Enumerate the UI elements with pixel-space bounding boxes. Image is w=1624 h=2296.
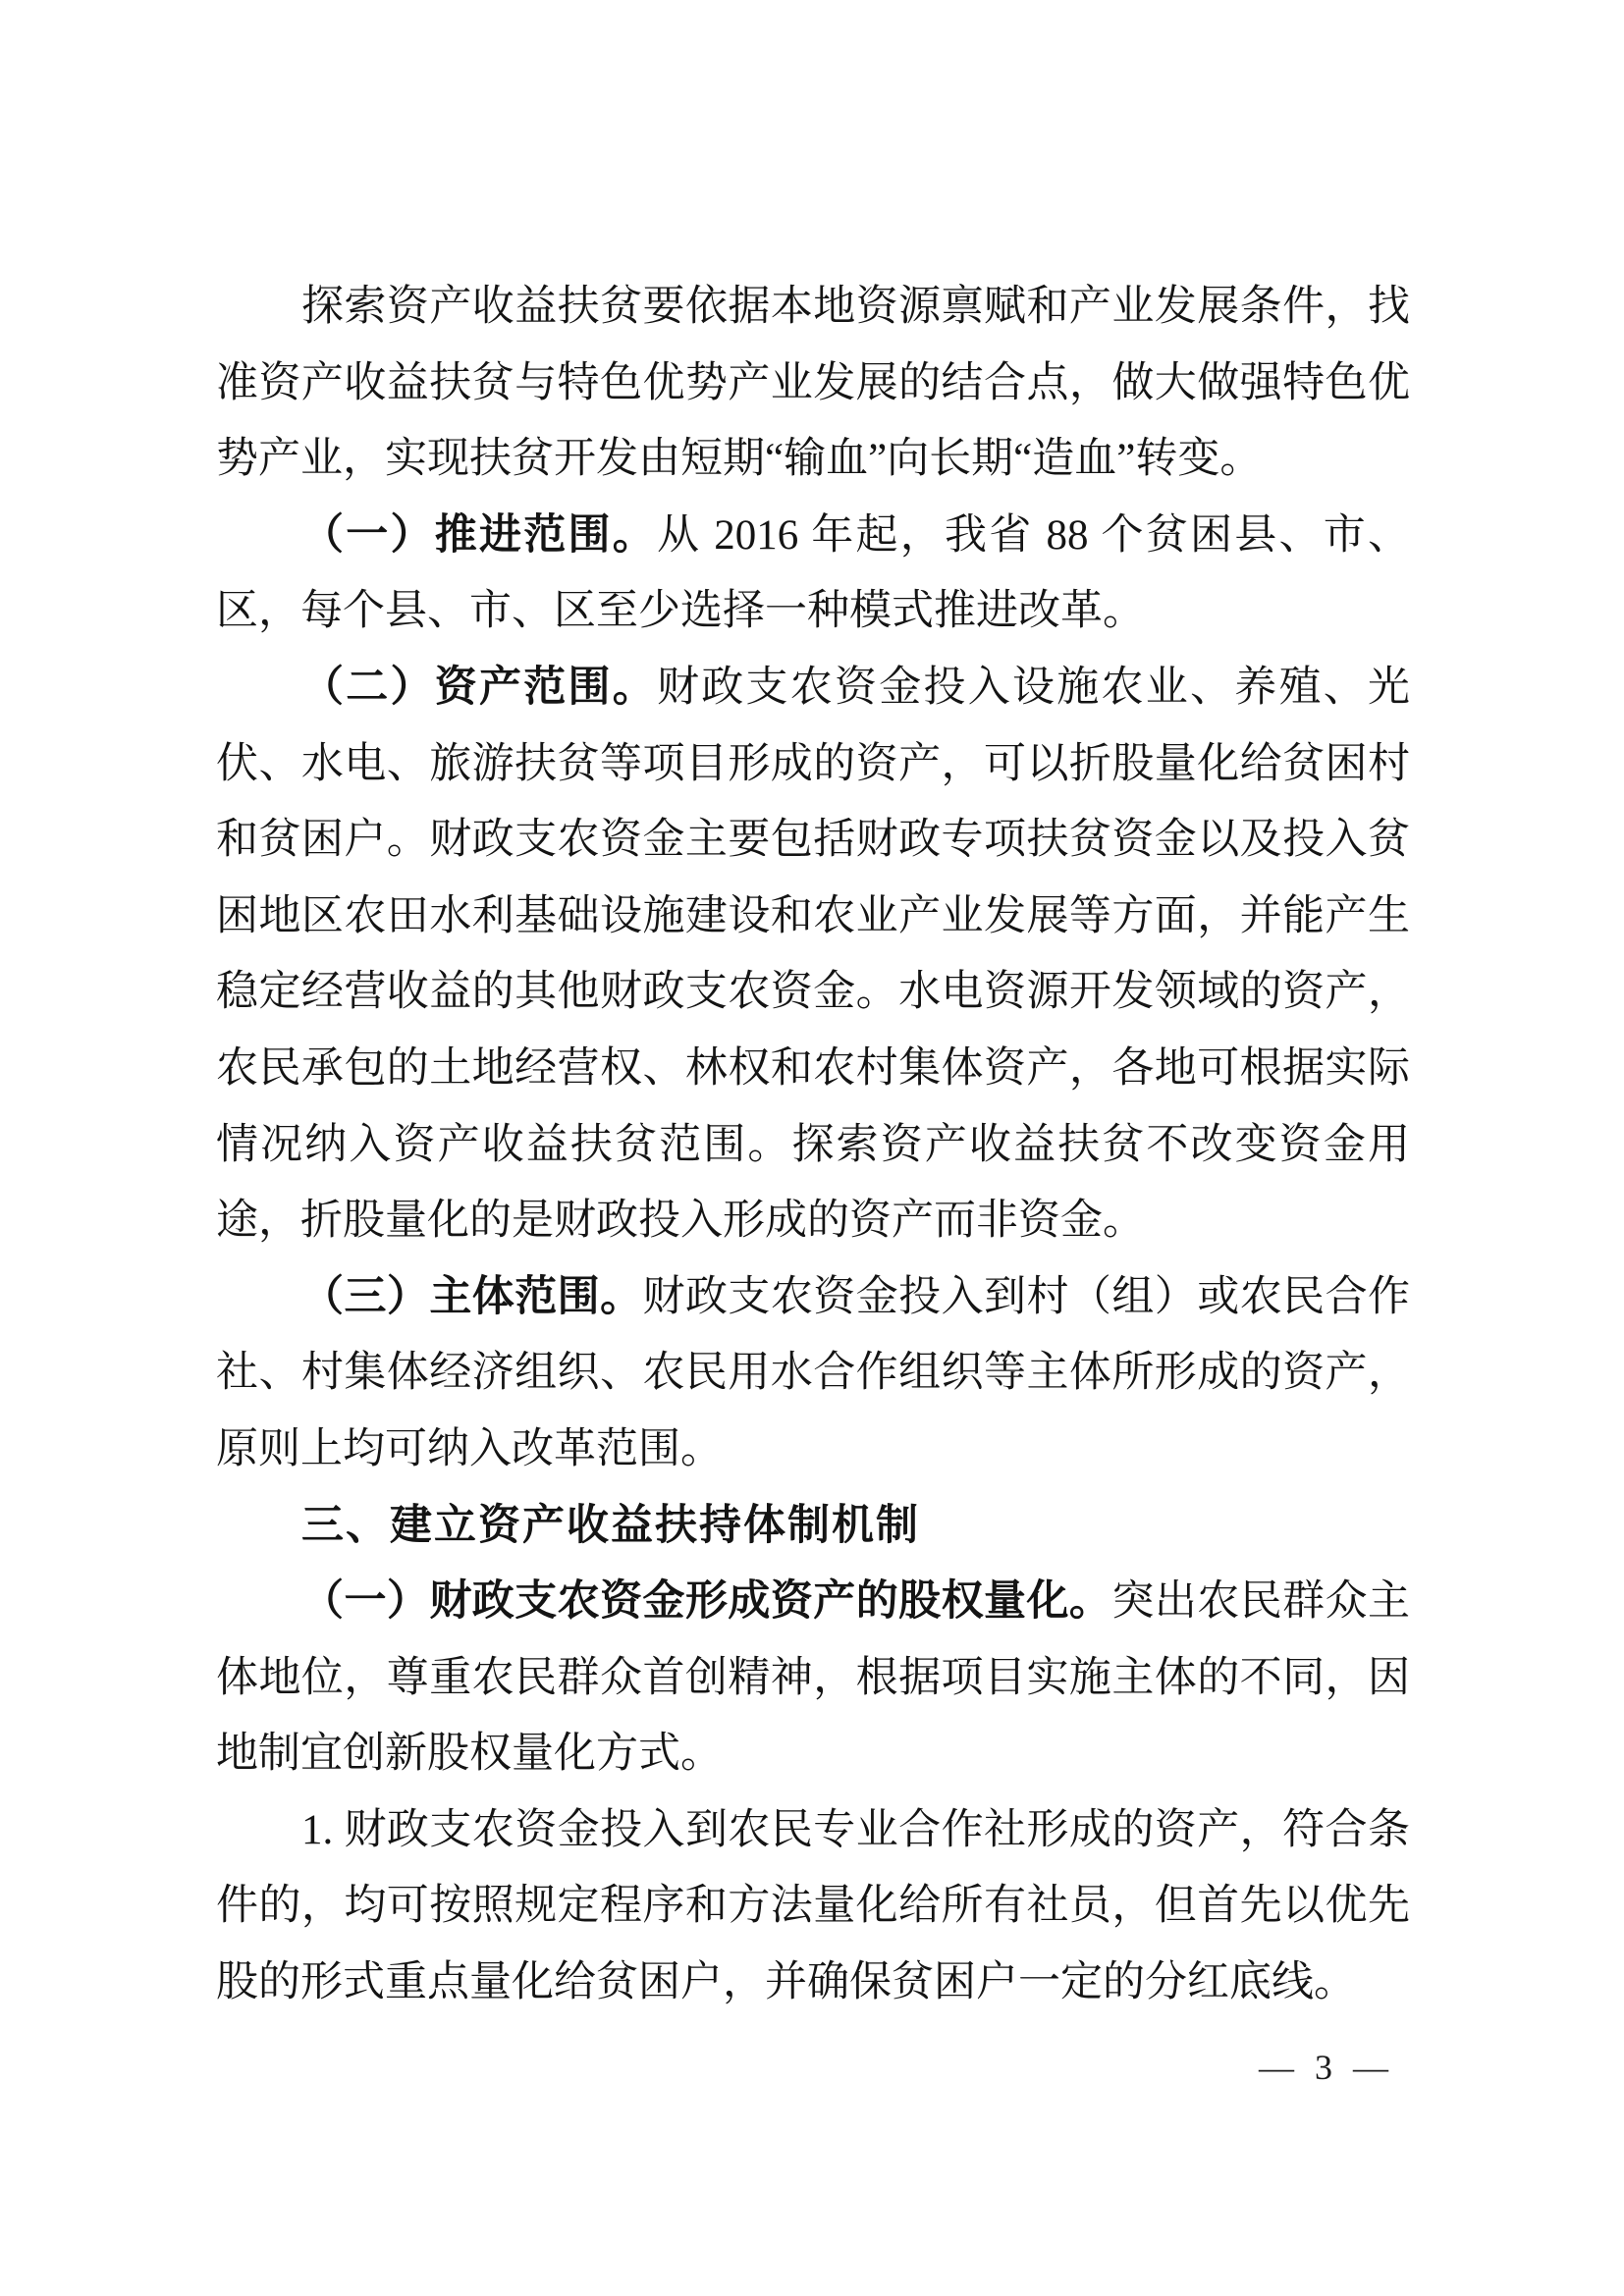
paragraph-text: 财政支农资金投入设施农业、养殖、光伏、水电、旅游扶贫等项目形成的资产，可以折股量…	[216, 665, 1410, 1244]
paragraph-lead: （一）推进范围。	[301, 512, 657, 559]
paragraph-scope-promotion: （一）推进范围。从 2016 年起，我省 88 个贫困县、市、区，每个县、市、区…	[216, 498, 1410, 650]
paragraph-item-1: 1. 财政支农资金投入到农民专业合作社形成的资产，符合条件的，均可按照规定程序和…	[216, 1792, 1410, 2021]
paragraph-intro: 探索资产收益扶贫要依据本地资源禀赋和产业发展条件，找准资产收益扶贫与特色优势产业…	[216, 269, 1410, 498]
paragraph-text: 1. 财政支农资金投入到农民专业合作社形成的资产，符合条件的，均可按照规定程序和…	[216, 1807, 1410, 2005]
paragraph-equity-quantification: （一）财政支农资金形成资产的股权量化。突出农民群众主体地位，尊重农民群众首创精神…	[216, 1564, 1410, 1792]
paragraph-lead: （二）资产范围。	[301, 665, 657, 711]
paragraph-scope-entities: （三）主体范围。财政支农资金投入到村（组）或农民合作社、村集体经济组织、农民用水…	[216, 1259, 1410, 1488]
document-body: 探索资产收益扶贫要依据本地资源禀赋和产业发展条件，找准资产收益扶贫与特色优势产业…	[216, 269, 1410, 2021]
paragraph-lead: （三）主体范围。	[301, 1274, 643, 1320]
paragraph-scope-assets: （二）资产范围。财政支农资金投入设施农业、养殖、光伏、水电、旅游扶贫等项目形成的…	[216, 650, 1410, 1259]
paragraph-lead: （一）财政支农资金形成资产的股权量化。	[301, 1578, 1111, 1625]
section-heading: 三、建立资产收益扶持体制机制	[216, 1488, 1410, 1565]
document-page: 探索资产收益扶贫要依据本地资源禀赋和产业发展条件，找准资产收益扶贫与特色优势产业…	[0, 0, 1624, 2296]
page-number: — 3 —	[1259, 2048, 1394, 2087]
heading-text: 三、建立资产收益扶持体制机制	[301, 1502, 920, 1549]
paragraph-text: 探索资产收益扶贫要依据本地资源禀赋和产业发展条件，找准资产收益扶贫与特色优势产业…	[216, 284, 1410, 482]
